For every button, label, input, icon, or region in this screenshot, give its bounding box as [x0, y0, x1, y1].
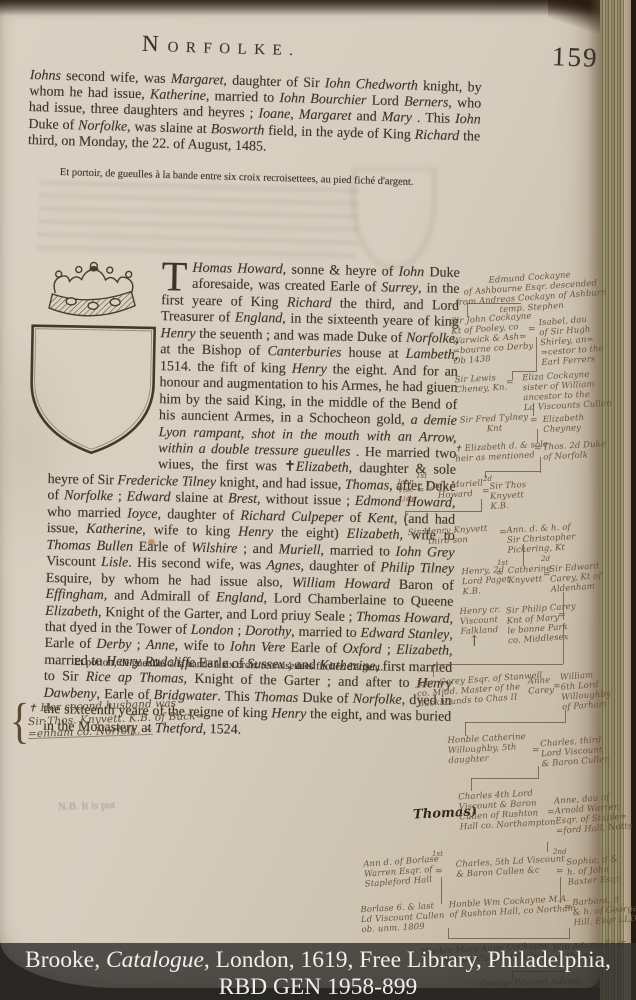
pedigree-connector-line [465, 722, 466, 736]
caption-shelfmark-line: RBD GEN 1958-899 [0, 974, 636, 1000]
marriage-mark: = [534, 444, 541, 455]
drop-cap-initial: T [161, 260, 192, 293]
photo-top-shadow [0, 0, 636, 16]
pedigree-connector-line [565, 710, 566, 723]
pedigree-connector-line [465, 722, 565, 729]
verso-text-bleedthrough [37, 180, 359, 262]
running-header: NORFOLKE. [142, 31, 301, 61]
page-number: 159 [551, 41, 599, 74]
caption-citation-line: Brooke, Catalogue, London, 1619, Free Li… [0, 947, 636, 974]
pedigree-entry-ann-pickering: Ann. d. & h. of Sir Christopher Pickerin… [506, 522, 576, 556]
pedigree-connector-line [405, 511, 482, 526]
pedigree-entry-william-willoughby: William 6th Lord Willoughby of Parham [560, 669, 612, 712]
pedigree-connector-line [537, 429, 538, 443]
pedigree-connector-line [433, 664, 563, 671]
manuscript-brace: { [10, 691, 29, 750]
pedigree-arrow-mark: ↑ [468, 633, 481, 651]
photo-caption-bar: Brooke, Catalogue, London, 1619, Free Li… [0, 943, 636, 1000]
pedigree-entry-edward-carey: Sir Edward Carey, Kt of Aldenham [549, 561, 603, 595]
book-fore-edge [600, 0, 624, 1000]
paragraph-john-duke: Iohns second wife, was Margaret, daughte… [28, 68, 482, 162]
marriage-mark: = [564, 903, 571, 914]
marriage-mark: = [547, 808, 554, 819]
pedigree-connector-line [533, 404, 534, 416]
marriage-mark: = [482, 487, 489, 498]
pedigree-connector-line [485, 471, 541, 478]
pedigree-entry-henry-knyvett: Sir Henry Knyvett third son [408, 524, 489, 548]
pedigree-entry-anne-carey: Anne Carey [527, 675, 554, 696]
marriage-order-mark: 2nd [553, 848, 567, 856]
pedigree-entry-elizabeth-cheyney: Elizabeth Cheyney [543, 413, 585, 435]
marriage-order-mark: 1st [416, 472, 427, 480]
pedigree-entry-lady-muriell-howard: Lady Muriell Howard [427, 479, 484, 502]
photo-right-dark-edge [631, 0, 636, 1000]
pedigree-connector-line [523, 544, 524, 566]
pedigree-entry-anne-warren: Anne, dau of Arnold Warren Esqr. of Stap… [554, 791, 633, 836]
pedigree-connector-line [536, 337, 537, 371]
pedigree-connector-line [441, 877, 442, 904]
marriage-mark: = [543, 570, 550, 581]
pedigree-connector-line [563, 592, 564, 620]
pedigree-entry-charles-fourth-cullen: Charles 4th Lord Viscount & Baron Cullen… [458, 788, 556, 833]
marriage-mark: = [528, 325, 535, 336]
marriage-mark: = [532, 746, 539, 757]
pedigree-connector-line [538, 766, 539, 779]
pedigree-entry-lewis-cheney: Sir Lewis Cheney, Kn. [455, 373, 508, 396]
marriage-order-mark: 2d [541, 555, 550, 563]
coronet-and-shield-engraving [22, 260, 162, 467]
pedigree-entry-john-viscount-lisle: John, Visc Lisle [397, 478, 417, 504]
pedigree-entry-henry-paget: Henry, 2d Lord Paget K.B. [461, 565, 511, 598]
pedigree-connector-line [467, 303, 521, 317]
pedigree-connector-line [471, 778, 538, 785]
pedigree-entry-thos-knyvett: Sir Thos Knyvett K.B. [489, 480, 527, 512]
pedigree-connector-line [433, 664, 434, 677]
pedigree-entry-thos-duke-norfolk: Thos. 2d Duke of Norfolk [543, 439, 607, 462]
pencil-note: N.B. It is put [58, 799, 116, 813]
pedigree-entry-catherine-willoughby: Honble Catherine Willoughby, 5th daughte… [447, 732, 527, 766]
marriage-order-mark: 1st [432, 850, 443, 858]
pedigree-entry-sophia-baxter: Sophia, d & h. of John Baxter Esqr [566, 854, 620, 888]
pedigree-entry-fred-tylney: Sir Fred Tylney Knt [460, 412, 529, 436]
pedigree-connector-line [481, 499, 482, 511]
coat-of-arms-illustration [22, 260, 162, 467]
marriage-mark: = [553, 682, 560, 693]
empty-shield [30, 326, 154, 454]
pedigree-connector-line [563, 624, 564, 664]
marriage-mark: = [417, 486, 424, 497]
book-photograph: NORFOLKE. 159 Iohns second wife, was Mar… [0, 0, 636, 1000]
pedigree-entry-charles-third-cullen: Charles, third Lord Viscount & Baron Cul… [540, 735, 610, 770]
pedigree-connector-line [547, 842, 548, 852]
marriage-order-mark: 1st [497, 559, 508, 567]
pedigree-entry-barbara-hill: Barbara, d & h. of George Hill, Esqr LLD [572, 894, 636, 929]
marriage-mark: = [499, 528, 506, 539]
pedigree-connector-line [560, 877, 561, 903]
pedigree-entry-isabel-shirley: Isabel, dau of Sir Hugh Shirley, an= =ce… [538, 314, 604, 368]
pedigree-entry-john-cockayne: Sir John Cockayne Kt of Pooley, co Warwi… [450, 311, 534, 367]
pedigree-entry-borlase-sixth-cullen: Borlase 6. & last Ld Viscount Cullen ob.… [360, 901, 445, 935]
book-fore-edge-light [624, 0, 631, 1000]
ducal-coronet [49, 262, 136, 317]
pedigree-connector-line [512, 371, 537, 380]
marriage-mark: = [530, 416, 537, 427]
pedigree-entry-ann-borlase-warren: Ann d. of Borlase Warren Esqr. of Staple… [363, 854, 441, 889]
pedigree-entry-philip-carey: Sir Philip Carey Knt of Mary le bonne Pa… [506, 602, 578, 647]
pedigree-connector-line [448, 928, 570, 939]
pedigree-connector-line [471, 778, 472, 791]
marriage-mark: = [496, 569, 503, 580]
